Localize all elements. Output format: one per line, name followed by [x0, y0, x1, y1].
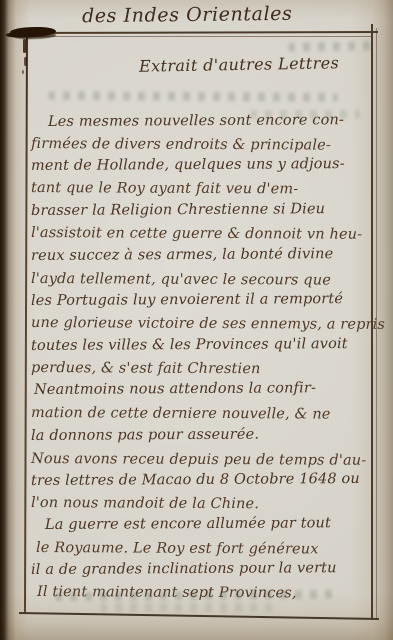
- manuscript-line: le Royaume. Le Roy est fort généreux: [36, 538, 319, 559]
- manuscript-line: ment de Hollande, quelques uns y adjous-: [31, 154, 345, 176]
- bleedthrough-text: [48, 91, 338, 102]
- frame-top-line-secondary: [15, 36, 373, 37]
- manuscript-body: Les mesmes nouvelles sont encore con- fi…: [31, 112, 376, 612]
- manuscript-page: des Indes Orientales Extrait d'autres Le…: [0, 0, 393, 640]
- frame-bottom-line: [19, 612, 379, 620]
- manuscript-line: l'ayda tellement, qu'avec le secours que: [31, 269, 331, 291]
- manuscript-line: Neantmoins nous attendons la confir-: [34, 378, 316, 400]
- ink-dribble: [22, 70, 24, 74]
- manuscript-line: la donnons pas pour asseurée.: [31, 425, 259, 446]
- manuscript-line: brasser la Religion Chrestienne si Dieu: [31, 199, 325, 221]
- manuscript-line: Il tient maintenant sept Provinces,: [37, 582, 297, 603]
- bleedthrough-text: [288, 41, 374, 51]
- page-title: des Indes Orientales: [82, 3, 293, 28]
- ink-dribble: [24, 57, 27, 66]
- frame-top-line: [13, 31, 378, 34]
- manuscript-line: perdues, & s'est fait Chrestien: [31, 358, 261, 379]
- manuscript-line: reux succez à ses armes, la bonté divine: [31, 244, 333, 266]
- manuscript-line: l'on nous mandoit de la Chine.: [31, 493, 259, 514]
- manuscript-line: les Portugais luy envoierent il a rempor…: [31, 289, 343, 311]
- manuscript-line: tant que le Roy ayant fait veu d'em-: [31, 178, 298, 199]
- ink-dribble: [23, 39, 26, 53]
- manuscript-line: l'assistoit en cette guerre & donnoit vn…: [31, 223, 362, 245]
- manuscript-line: il a de grandes inclinations pour la ver…: [31, 558, 337, 580]
- manuscript-line: mation de cette derniere nouvelle, & ne: [31, 403, 331, 425]
- manuscript-line: une glorieuse victoire de ses ennemys, a…: [31, 313, 385, 335]
- section-title: Extrait d'autres Lettres: [139, 53, 339, 75]
- manuscript-line: toutes les villes & les Provinces qu'il …: [31, 334, 348, 356]
- manuscript-line: La guerre est encore allumée par tout: [45, 513, 331, 535]
- frame-left-line: [24, 31, 28, 613]
- manuscript-line: tres lettres de Macao du 8 Octobre 1648 …: [31, 469, 360, 491]
- manuscript-line: Nous avons receu depuis peu de temps d'a…: [31, 449, 366, 471]
- manuscript-line: Les mesmes nouvelles sont encore con-: [48, 110, 344, 132]
- manuscript-line: firmées de divers endroits & principale-: [31, 134, 331, 156]
